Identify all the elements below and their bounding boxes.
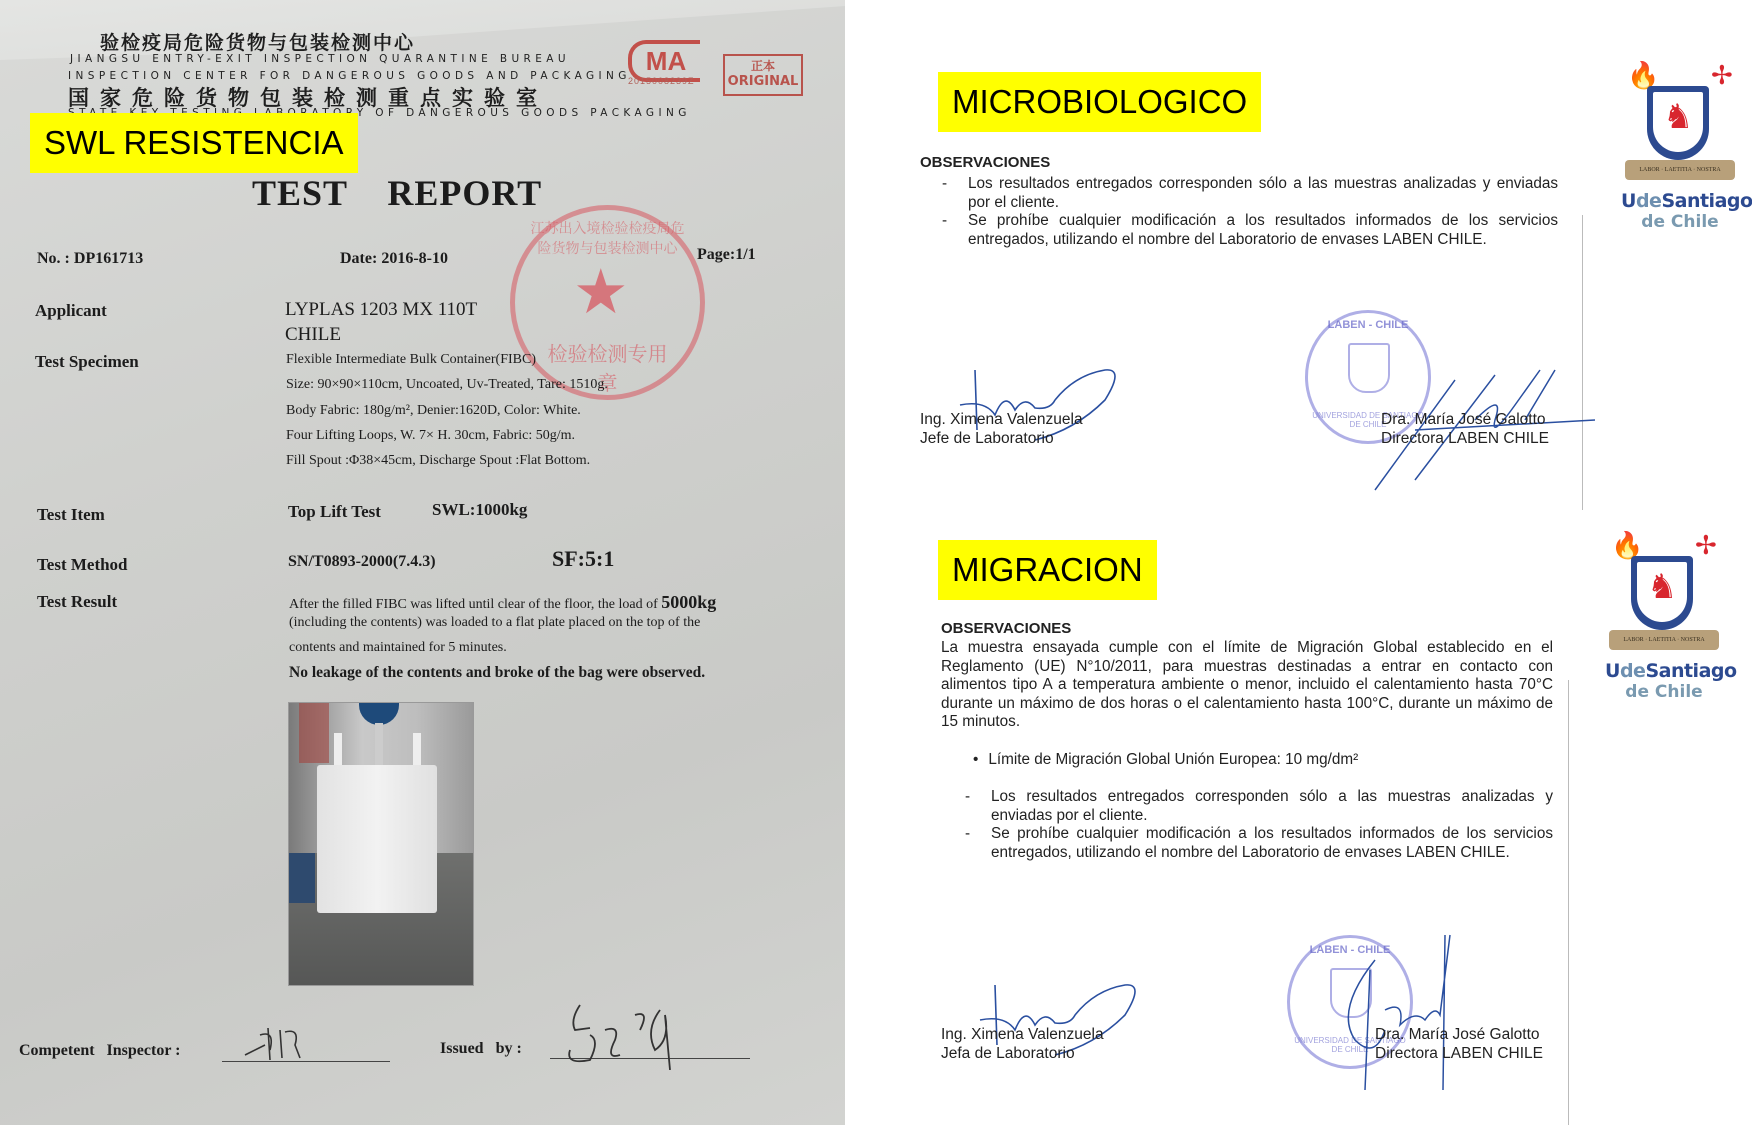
usach-logo-top: 🔥 ✢ ♞ LABOR · LAETITIA · NOSTRA UdeSanti… [1621,60,1739,232]
original-stamp-en: ORIGINAL [725,74,801,90]
inspector-signature [240,1020,320,1065]
logo-name: UdeSantiago [1621,190,1739,212]
specimen-line: Four Lifting Loops, W. 7× H. 30cm, Fabri… [286,428,575,444]
test-result-line2: (including the contents) was loaded to a… [289,615,700,631]
signer-right-role-top: Directora LABEN CHILE [1381,430,1549,448]
applicant-line1: LYPLAS 1203 MX 110T [285,299,477,321]
original-stamp-cn: 正本 [725,58,801,74]
observations-list-top: Los resultados entregados corresponden s… [940,175,1558,249]
header-en-line1: JIANGSU ENTRY-EXIT INSPECTION QUARANTINE… [70,53,570,65]
test-result-line1: After the filled FIBC was lifted until c… [289,592,716,613]
observations-title-bottom: OBSERVACIONES [941,620,1071,637]
report-title: TEST REPORT [252,172,542,214]
logo-name: UdeSantiago [1605,660,1723,682]
test-result-line3: contents and maintained for 5 minutes. [289,640,507,656]
original-stamp: 正本 ORIGINAL [723,54,803,96]
star-icon: ★ [573,262,629,324]
test-report-photo: 验检疫局危险货物与包装检测中心 JIANGSU ENTRY-EXIT INSPE… [0,0,845,1125]
test-item-value: Top Lift Test [288,502,381,522]
test-result-conclusion: No leakage of the contents and broke of … [289,664,705,682]
header-en-line2: INSPECTION CENTER FOR DANGEROUS GOODS AN… [68,70,631,82]
bullet-icon: • [973,751,978,768]
observation-item: Los resultados entregados corresponden s… [963,788,1553,825]
report-page: Page:1/1 [697,246,756,264]
cma-number: 2015008239Z [628,76,695,86]
test-method-value: SN/T0893-2000(7.4.3) [288,553,436,571]
fibc-bag-photo [288,702,474,986]
migration-limit-bullet: •Límite de Migración Global Unión Europe… [973,751,1358,769]
cross-icon: ✢ [1711,60,1733,91]
red-seal: 江苏出入境检验检疫局危险货物与包装检测中心 ★ 检验检测专用章 [510,205,705,400]
header-cn-line1: 验检疫局危险货物与包装检测中心 [100,28,415,55]
safety-factor: SF:5:1 [552,546,614,572]
cross-icon: ✢ [1695,530,1717,561]
signer-left-name-bottom: Ing. Ximena Valenzuela [941,1026,1104,1044]
highlight-microbiologico: MICROBIOLOGICO [938,72,1261,132]
test-result-label: Test Result [37,592,117,612]
signer-right-name-bottom: Dra. María José Galotto [1375,1026,1540,1044]
red-seal-ring-text: 江苏出入境检验检疫局危险货物与包装检测中心 [525,218,690,258]
galotto-signature-bottom [1315,930,1465,1095]
test-item-swl: SWL:1000kg [432,500,527,520]
test-method-label: Test Method [37,555,128,575]
signer-left-name-top: Ing. Ximena Valenzuela [920,411,1083,429]
issued-by-label: Issued by : [440,1040,522,1058]
observation-item: Se prohíbe cualquier modificación a los … [940,212,1558,249]
migration-paragraph: La muestra ensayada cumple con el límite… [941,639,1553,732]
inspector-label: Competent Inspector : [19,1042,180,1060]
report-number: No. : DP161713 [37,250,143,268]
signer-right-name-top: Dra. María José Galotto [1381,411,1546,429]
lion-icon: ♞ [1663,100,1693,134]
report-date: Date: 2016-8-10 [340,250,448,268]
specimen-line: Body Fabric: 180g/m², Denier:1620D, Colo… [286,403,581,419]
specimen-line: Fill Spout :Φ38×45cm, Discharge Spout :F… [286,453,590,469]
logo-name-line2: de Chile [1605,682,1723,702]
logo-name-line2: de Chile [1621,212,1739,232]
specimen-line: Size: 90×90×110cm, Uncoated, Uv-Treated,… [286,377,608,393]
specimen-label: Test Specimen [35,352,139,372]
observations-title-top: OBSERVACIONES [920,154,1050,171]
motto-ribbon: LABOR · LAETITIA · NOSTRA [1625,160,1735,180]
observations-list-bottom: Los resultados entregados corresponden s… [963,788,1553,862]
applicant-label: Applicant [35,301,107,321]
specimen-line: Flexible Intermediate Bulk Container(FIB… [286,352,536,368]
signer-right-role-bottom: Directora LABEN CHILE [1375,1045,1543,1063]
signer-left-role-bottom: Jefa de Laboratorio [941,1045,1075,1063]
observation-item: Los resultados entregados corresponden s… [940,175,1558,212]
signer-left-role-top: Jefe de Laboratorio [920,430,1054,448]
highlight-swl-resistencia: SWL RESISTENCIA [30,113,358,173]
highlight-migracion: MIGRACION [938,540,1157,600]
observation-item: Se prohíbe cualquier modificación a los … [963,825,1553,862]
test-result-load: 5000kg [661,592,716,612]
motto-ribbon: LABOR · LAETITIA · NOSTRA [1609,630,1719,650]
test-item-label: Test Item [37,505,105,525]
issued-by-signature [560,1000,710,1070]
applicant-line2: CHILE [285,324,341,346]
test-result-line1-text: After the filled FIBC was lifted until c… [289,597,661,612]
laben-reports: MICROBIOLOGICO 🔥 ✢ ♞ LABOR · LAETITIA · … [845,0,1752,1125]
usach-logo-bottom: 🔥 ✢ ♞ LABOR · LAETITIA · NOSTRA UdeSanti… [1605,530,1723,702]
lion-icon: ♞ [1647,570,1677,604]
page-edge-line [1568,680,1569,1125]
